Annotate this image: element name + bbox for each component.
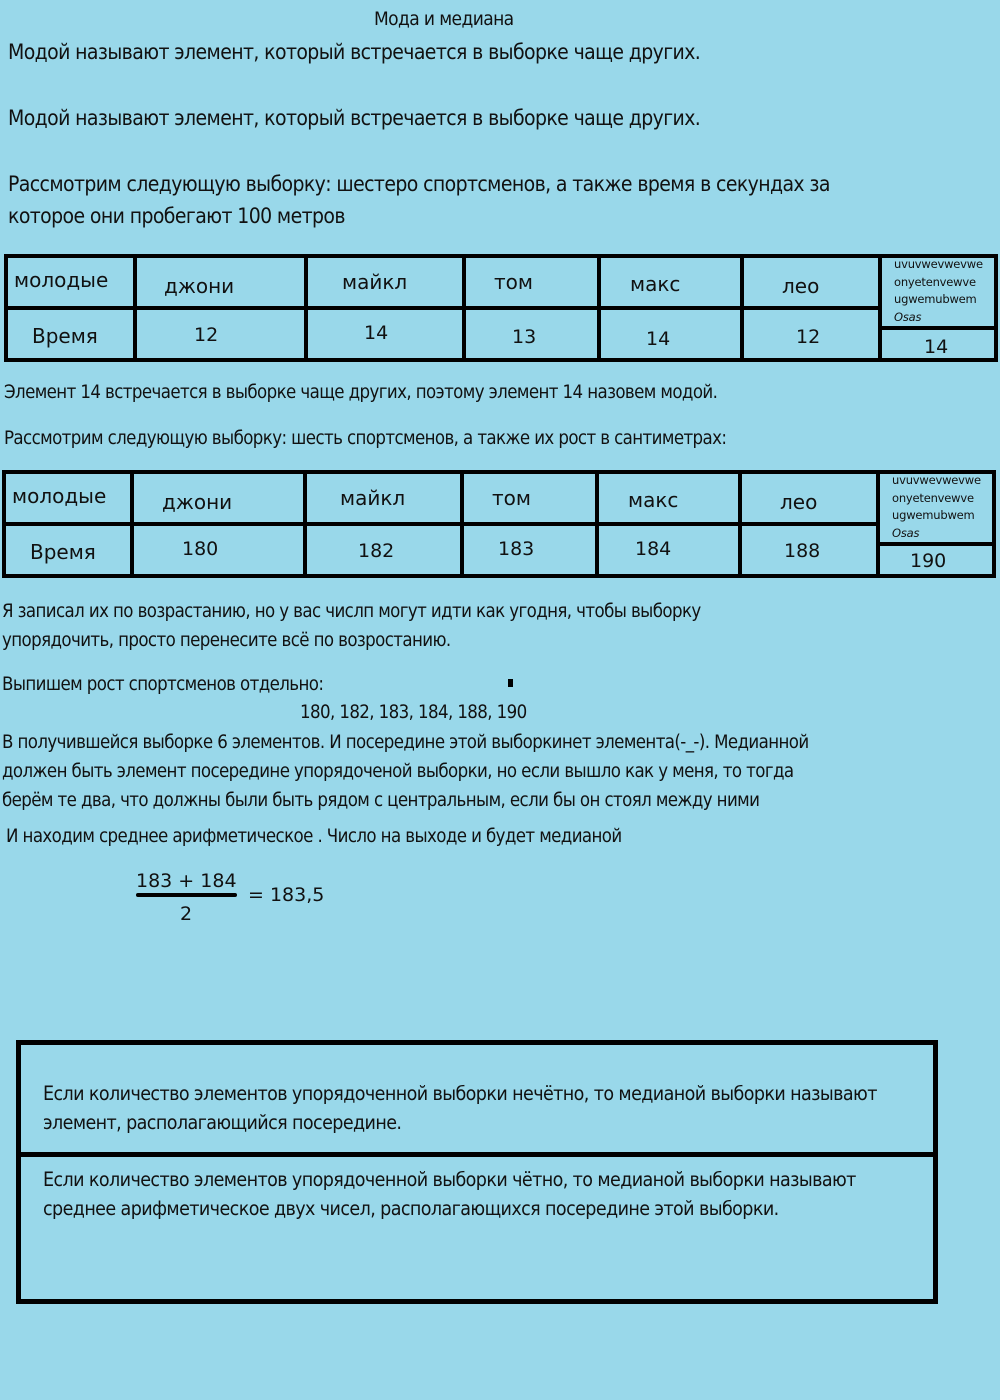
- odd-rule: Если количество элементов упорядоченной …: [43, 1079, 913, 1137]
- median-explanation-line2: должен быть элемент посередине упорядоче…: [2, 761, 793, 782]
- row-header-young: молодые: [14, 268, 108, 292]
- value-cell: 12: [796, 326, 820, 348]
- formula-denominator: 2: [180, 903, 192, 925]
- even-rule: Если количество элементов упорядоченной …: [43, 1165, 913, 1223]
- name-cell: лео: [782, 274, 819, 298]
- value-cell: 14: [646, 328, 670, 350]
- name-cell: том: [492, 486, 531, 510]
- median-rules-box: Если количество элементов упорядоченной …: [16, 1040, 938, 1304]
- mean-note: И находим среднее арифметическое . Число…: [6, 826, 622, 847]
- sample1-intro-line2: которое они пробегают 100 метров: [8, 204, 345, 228]
- name-cell: майкл: [340, 486, 405, 510]
- sorted-values: 180, 182, 183, 184, 188, 190: [300, 702, 527, 723]
- name-cell: макс: [628, 488, 678, 512]
- row-header-time: Время: [30, 540, 96, 564]
- value-cell: 184: [635, 538, 671, 560]
- sorted-note-line2: упорядочить, просто перенесите всё по во…: [2, 630, 451, 651]
- list-intro: Выпишем рост спортсменов отдельно:: [2, 674, 323, 695]
- height-table: молодые джони майкл том макс лео uvuvwev…: [2, 470, 996, 578]
- median-explanation-line1: В получившейся выборке 6 элементов. И по…: [2, 732, 809, 753]
- mode-definition-repeat: Модой называют элемент, который встречае…: [8, 106, 700, 130]
- name-cell: том: [494, 270, 533, 294]
- name-cell: макс: [630, 272, 680, 296]
- extra-name-cell: uvuvwevwevwe onyetenvewve ugwemubwem Osa…: [892, 472, 981, 542]
- value-cell: 182: [358, 540, 394, 562]
- name-cell: джони: [164, 274, 234, 298]
- fraction-bar: [136, 893, 237, 897]
- formula-numerator: 183 + 184: [136, 870, 237, 892]
- stray-dot: [508, 679, 513, 687]
- extra-name-cell: uvuvwevwevwe onyetenvewve ugwemubwem Osa…: [894, 256, 983, 326]
- sample1-intro-line1: Рассмотрим следующую выборку: шестеро сп…: [8, 172, 830, 196]
- page-title: Мода и медиана: [374, 8, 514, 30]
- sorted-note-line1: Я записал их по возрастанию, но у вас чи…: [2, 601, 701, 622]
- mode-conclusion: Элемент 14 встречается в выборке чаще др…: [4, 382, 717, 403]
- mode-definition: Модой называют элемент, который встречае…: [8, 40, 700, 64]
- formula-result: = 183,5: [248, 884, 324, 906]
- value-cell: 180: [182, 538, 218, 560]
- name-cell: лео: [780, 490, 817, 514]
- value-cell: 14: [924, 336, 948, 358]
- name-cell: джони: [162, 490, 232, 514]
- sample2-intro: Рассмотрим следующую выборку: шесть спор…: [4, 428, 726, 449]
- running-time-table: молодые джони майкл том макс лео uvuvwev…: [4, 254, 998, 362]
- row-header-time: Время: [32, 324, 98, 348]
- value-cell: 188: [784, 540, 820, 562]
- value-cell: 190: [910, 550, 946, 572]
- value-cell: 14: [364, 322, 388, 344]
- row-header-young: молодые: [12, 484, 106, 508]
- name-cell: майкл: [342, 270, 407, 294]
- value-cell: 183: [498, 538, 534, 560]
- rules-divider: [21, 1152, 933, 1157]
- median-explanation-line3: берём те два, что должны были быть рядом…: [2, 790, 759, 811]
- value-cell: 12: [194, 324, 218, 346]
- value-cell: 13: [512, 326, 536, 348]
